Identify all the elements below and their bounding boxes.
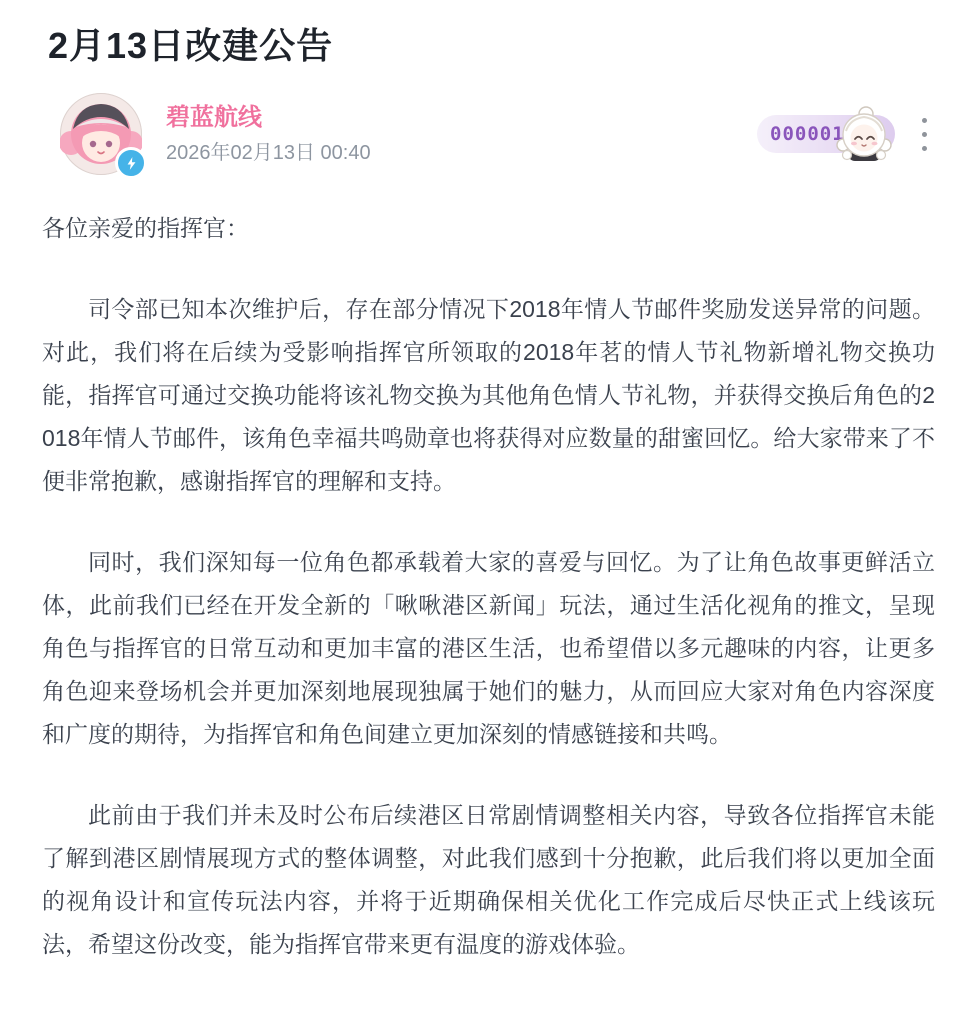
paragraph-3: 此前由于我们并未及时公布后续港区日常剧情调整相关内容，导致各位指挥官未能了解到港… xyxy=(42,794,935,966)
avatar[interactable] xyxy=(60,93,142,175)
announcement-body: 各位亲爱的指挥官： 司令部已知本次维护后，存在部分情况下2018年情人节邮件奖励… xyxy=(42,207,935,966)
counter-value: 000001 xyxy=(770,123,845,145)
lightning-badge-icon xyxy=(115,147,147,179)
post-header: 碧蓝航线 2026年02月13日 00:40 000001 xyxy=(42,91,935,177)
paragraph-2: 同时，我们深知每一位角色都承载着大家的喜爱与回忆。为了让角色故事更鲜活立体，此前… xyxy=(42,541,935,756)
post-date: 2026年02月13日 00:40 xyxy=(166,141,371,165)
announcement-page: 2月13日改建公告 xyxy=(0,0,970,1026)
page-title: 2月13日改建公告 xyxy=(48,24,935,67)
author-name[interactable]: 碧蓝航线 xyxy=(166,104,371,133)
author-block: 碧蓝航线 2026年02月13日 00:40 xyxy=(166,104,371,165)
paragraph-1: 司令部已知本次维护后，存在部分情况下2018年情人节邮件奖励发送异常的问题。对此… xyxy=(42,288,935,503)
chibi-mascot-icon xyxy=(836,105,892,163)
more-options-icon[interactable] xyxy=(913,113,935,155)
view-counter: 000001 xyxy=(757,115,895,153)
greeting-line: 各位亲爱的指挥官： xyxy=(42,207,935,250)
